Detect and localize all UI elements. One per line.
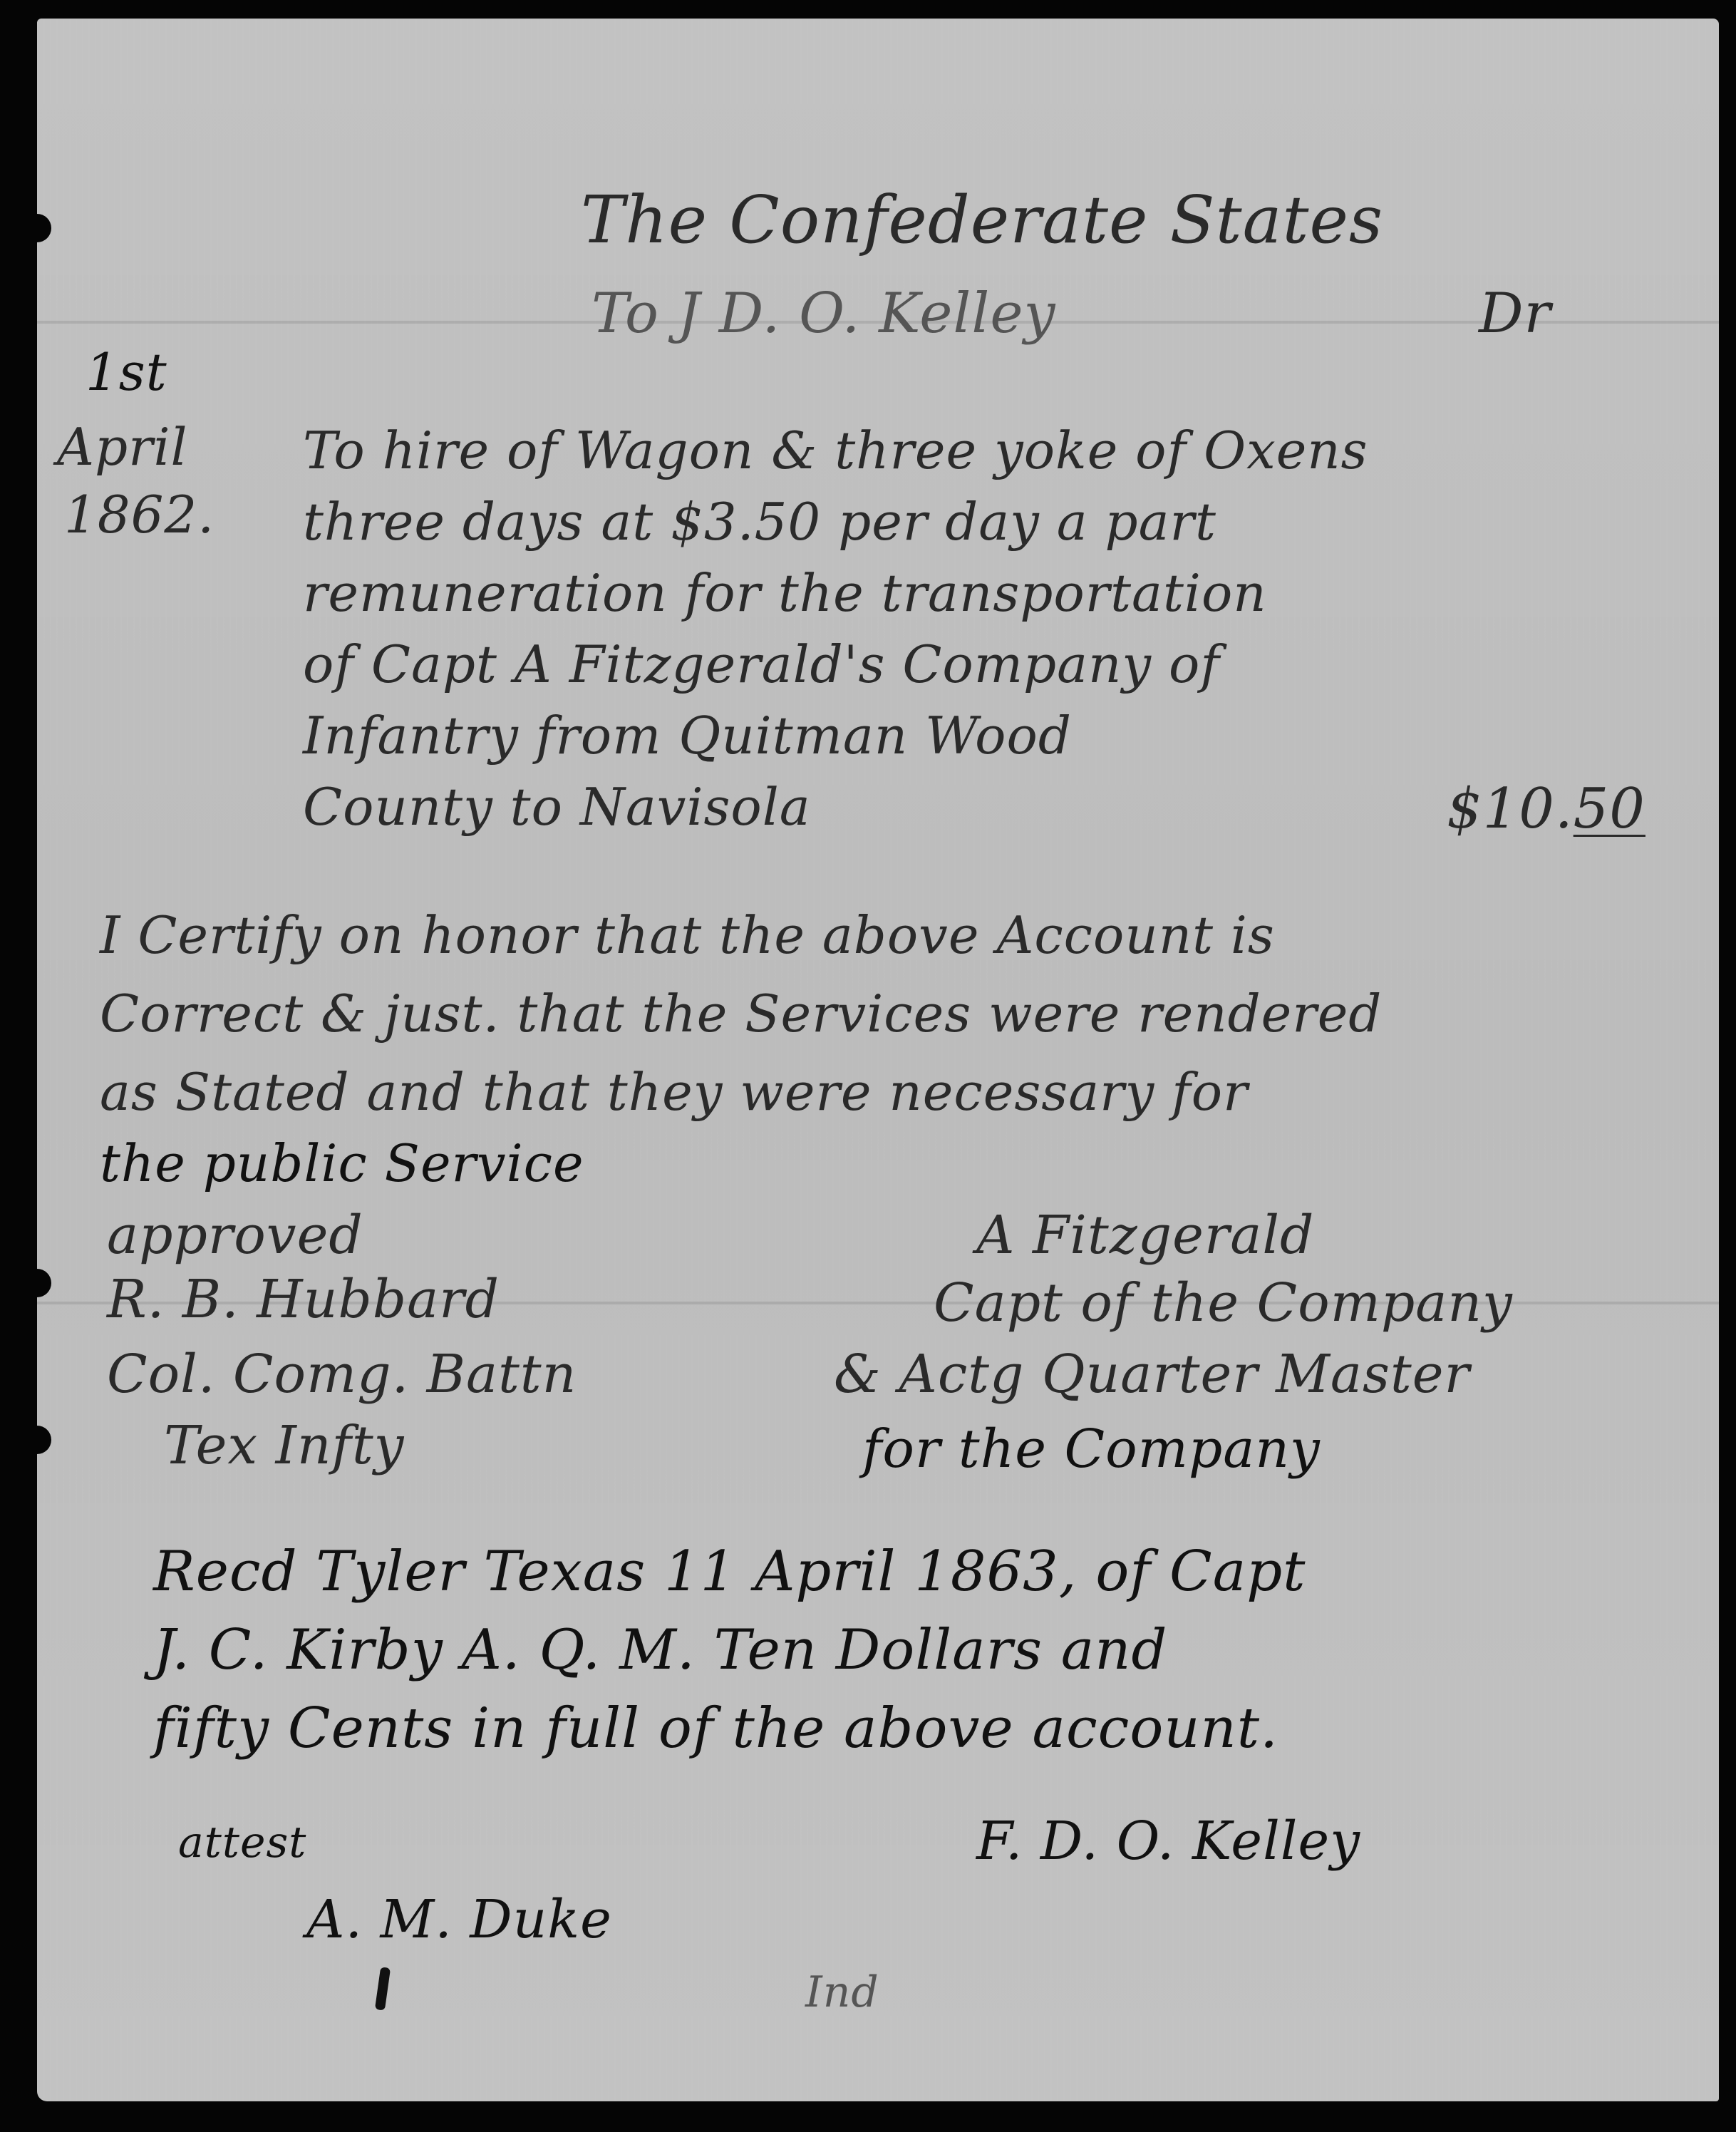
certification-line: Correct & just. that the Services were r… bbox=[100, 984, 1382, 1044]
attest-label: attest bbox=[178, 1818, 306, 1868]
account-line: Infantry from Quitman Wood bbox=[303, 706, 1072, 766]
receipt-line: Recd Tyler Texas 11 April 1863, of Capt bbox=[153, 1540, 1306, 1604]
account-line: three days at $3.50 per day a part bbox=[303, 492, 1216, 552]
approver-name: R. B. Hubbard bbox=[107, 1269, 500, 1330]
certifier-title: & Actg Quarter Master bbox=[834, 1344, 1470, 1405]
certifier-name: A Fitzgerald bbox=[976, 1205, 1314, 1266]
debit-label: Dr bbox=[1479, 282, 1551, 346]
certifier-title: for the Company bbox=[862, 1418, 1321, 1480]
amount-total: $10.50 bbox=[1447, 777, 1645, 841]
attest-signature: A. M. Duke bbox=[306, 1889, 612, 1950]
approver-unit: Tex Infty bbox=[164, 1415, 404, 1476]
date-month: April bbox=[57, 417, 188, 477]
amount-cents: 50 bbox=[1574, 777, 1645, 841]
certification-line: as Stated and that they were necessary f… bbox=[100, 1062, 1249, 1122]
amount-dollars: $10. bbox=[1447, 777, 1574, 841]
date-day: 1st bbox=[86, 342, 167, 402]
certification-line: I Certify on honor that the above Accoun… bbox=[100, 905, 1275, 965]
approver-title: Col. Comg. Battn bbox=[107, 1344, 577, 1405]
certification-line: the public Service bbox=[100, 1133, 584, 1193]
certifier-title: Capt of the Company bbox=[934, 1272, 1513, 1334]
receipt-line: J. C. Kirby A. Q. M. Ten Dollars and bbox=[153, 1618, 1167, 1682]
document-title: The Confederate States bbox=[581, 182, 1383, 258]
date-year: 1862. bbox=[64, 485, 215, 545]
approval-label: approved bbox=[107, 1205, 363, 1266]
account-line: County to Navisola bbox=[303, 777, 811, 837]
payee-line: To J D. O. Kelley bbox=[591, 282, 1056, 346]
payee-signature: F. D. O. Kelley bbox=[976, 1811, 1360, 1872]
account-line: of Capt A Fitzgerald's Company of bbox=[303, 634, 1220, 694]
account-line: remuneration for the transportation bbox=[303, 563, 1267, 623]
footer-note: Ind bbox=[805, 1967, 879, 2017]
account-line: To hire of Wagon & three yoke of Oxens bbox=[303, 421, 1368, 480]
receipt-line: fifty Cents in full of the above account… bbox=[153, 1696, 1278, 1761]
